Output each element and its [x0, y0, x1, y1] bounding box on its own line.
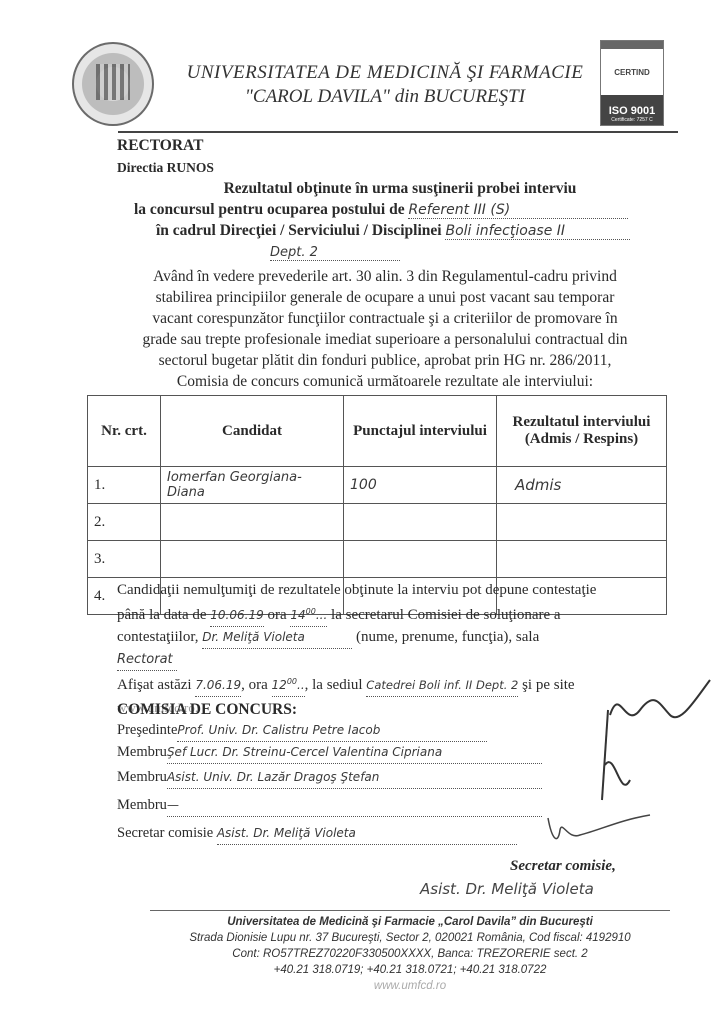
contestatii-line4: Rectorat [117, 649, 677, 671]
footer-university: Universitatea de Medicină şi Farmacie „C… [150, 914, 670, 930]
contestatii-line3: contestaţiilor, Dr. Meliţă Violeta (nume… [117, 627, 677, 649]
department-value: Boli infecţioase II [445, 223, 630, 240]
footer-divider [150, 910, 670, 911]
contestatii-line2: până la data de 10.06.19 ora 1400... la … [117, 601, 677, 627]
cell-punctaj [344, 541, 497, 578]
department-line: în cadrul Direcţiei / Serviciului / Disc… [156, 222, 716, 240]
header-punctaj: Punctajul interviului [344, 396, 497, 467]
contestatii-line1: Candidaţii nemulţumiţi de rezultatele ob… [117, 580, 677, 601]
footer-phones: +40.21 318.0719; +40.21 318.0721; +40.21… [150, 962, 670, 978]
department-value-2: Dept. 2 [270, 245, 400, 261]
cell-rezultat [497, 541, 667, 578]
intro-line: stabilirea principiilor generale de ocup… [95, 287, 675, 308]
footer-address: Strada Dionisie Lupu nr. 37 Bucureşti, S… [150, 930, 670, 946]
header-nr: Nr. crt. [88, 396, 161, 467]
department-directia: Directia RUNOS [117, 160, 214, 176]
member-name: Asist. Dr. Meliţă Violeta [217, 823, 517, 845]
signature-scribbles [600, 670, 725, 810]
cell-rezultat [497, 504, 667, 541]
intro-line: Comisia de concurs comunică următoarele … [95, 371, 675, 392]
iso-certification-logo: CERTIND ISO 9001 Certificate: 7257 C [600, 40, 664, 126]
document-title: Rezultatul obţinute în urma susţinerii p… [120, 180, 680, 198]
header-candidat: Candidat [161, 396, 344, 467]
secretar-signature-label: Secretar comisie, [510, 858, 616, 875]
cell-candidat: Iomerfan Georgiana-Diana [161, 467, 344, 504]
university-name-line1: UNIVERSITATEA DE MEDICINĂ ŞI FARMACIE [170, 62, 600, 84]
iso-certificate-number: Certificate: 7257 C [601, 117, 663, 123]
footer-bank: Cont: RO57TREZ70220F330500XXXX, Banca: T… [150, 946, 670, 962]
contestatii-paragraph: Candidaţii nemulţumiţi de rezultatele ob… [117, 580, 677, 718]
certind-logo-text: CERTIND [601, 49, 663, 95]
footer: Universitatea de Medicină şi Farmacie „C… [150, 914, 670, 994]
comisia-member-row: MembruAsist. Univ. Dr. Lazăr Dragoş Ştef… [117, 767, 637, 789]
intro-line: sectorul bugetar plătit din fonduri publ… [95, 350, 675, 371]
afisat-sediu: Catedrei Boli inf. II Dept. 2 [366, 675, 518, 697]
afisat-date: 7.06.19 [195, 675, 241, 697]
contestatii-hour: 1400... [290, 601, 327, 627]
post-label: la concursul pentru ocuparea postului de [134, 201, 405, 218]
contestatii-room: Rectorat [117, 649, 177, 671]
table-header-row: Nr. crt. Candidat Punctajul interviului … [88, 396, 667, 467]
university-seal-logo [72, 42, 154, 126]
intro-paragraph: Având în vedere prevederile art. 30 alin… [95, 266, 675, 392]
cell-nr: 2. [88, 504, 161, 541]
member-name: Şef Lucr. Dr. Streinu-Cercel Valentina C… [167, 742, 542, 764]
cell-candidat [161, 504, 344, 541]
member-name: Asist. Univ. Dr. Lazăr Dragoş Ştefan [167, 767, 542, 789]
cell-nr: 3. [88, 541, 161, 578]
cell-candidat [161, 541, 344, 578]
university-name-line2: "CAROL DAVILA" din BUCUREŞTI [170, 86, 600, 108]
cell-punctaj: 100 [344, 467, 497, 504]
intro-line: vacant corespunzător funcţiilor contract… [95, 308, 675, 329]
intro-line: grade sau trepte profesionale imediat su… [95, 329, 675, 350]
department-rectorat: RECTORAT [117, 137, 203, 155]
table-row: 1. Iomerfan Georgiana-Diana 100 Admis [88, 467, 667, 504]
footer-website: www.umfcd.ro [150, 978, 670, 994]
contestatii-secretary: Dr. Meliţă Violeta [202, 627, 352, 649]
comisia-member-row: PreşedinteProf. Univ. Dr. Calistru Petre… [117, 720, 637, 742]
header-divider [118, 131, 678, 133]
iso-label: ISO 9001 [601, 95, 663, 117]
secretar-signature-name: Asist. Dr. Meliţă Violeta [420, 880, 594, 898]
department-line2: Dept. 2 [270, 243, 400, 261]
contestatii-date: 10.06.19 [210, 605, 263, 627]
building-columns-icon [96, 64, 130, 100]
post-value: Referent III (S) [408, 202, 628, 219]
comisia-title: COMISIA DE CONCURS: [117, 701, 297, 719]
department-label: în cadrul Direcţiei / Serviciului / Disc… [156, 222, 442, 239]
intro-line: Având în vedere prevederile art. 30 alin… [95, 266, 675, 287]
afisat-hour: 1200.. [272, 671, 305, 697]
header-rezultat: Rezultatul interviului (Admis / Respins) [497, 396, 667, 467]
post-line: la concursul pentru ocuparea postului de… [134, 201, 694, 219]
table-row: 3. [88, 541, 667, 578]
cell-rezultat: Admis [497, 467, 667, 504]
table-row: 2. [88, 504, 667, 541]
cell-nr: 1. [88, 467, 161, 504]
afisat-line: Afişat astăzi 7.06.19, ora 1200.., la se… [117, 671, 677, 697]
cell-punctaj [344, 504, 497, 541]
member-name: Prof. Univ. Dr. Calistru Petre Iacob [177, 720, 487, 742]
secretary-initials-scribble [540, 810, 660, 855]
comisia-member-row: MembruŞef Lucr. Dr. Streinu-Cercel Valen… [117, 742, 637, 764]
member-name: — [167, 795, 542, 817]
